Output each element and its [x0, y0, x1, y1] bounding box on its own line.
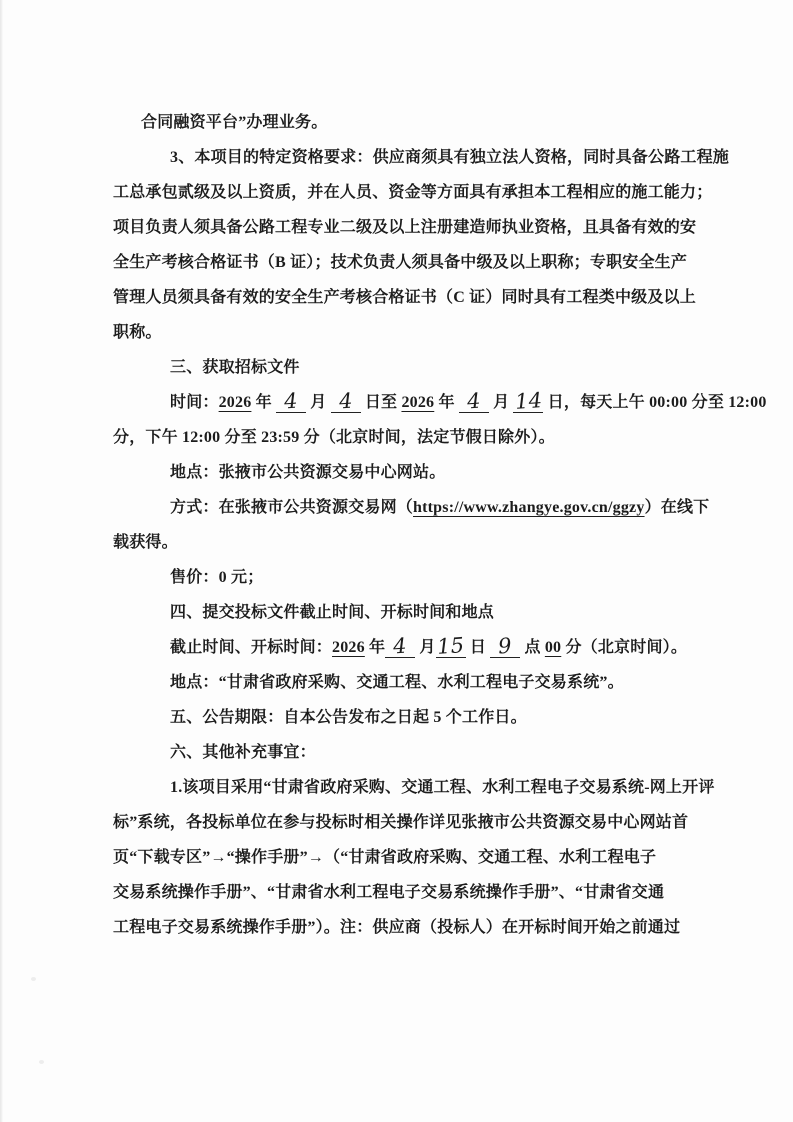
document-line: 标”系统，各投标单位在参与投标时相关操作详见张掖市公共资源交易中心网站首: [113, 805, 687, 840]
handwritten-entry: 4: [385, 637, 415, 658]
body-text: 月: [489, 394, 514, 411]
document-line: 职称。: [113, 315, 687, 350]
underlined-text: https://www.zhangye.gov.cn/ggzy: [413, 499, 645, 516]
body-text: 三、获取招标文件: [170, 359, 300, 376]
document-line: 截止时间、开标时间：2026 年4 月15 日 9 点 00 分（北京时间）。: [113, 630, 687, 665]
body-text: 地点：“甘肃省政府采购、交通工程、水利工程电子交易系统”。: [170, 674, 624, 691]
document-line: 分，下午 12:00 分至 23:59 分（北京时间，法定节假日除外）。: [113, 420, 687, 455]
body-text: 四、提交投标文件截止时间、开标时间和地点: [170, 604, 494, 621]
body-text: 管理人员须具备有效的安全生产考核合格证书（C 证）同时具有工程类中级及以上: [113, 289, 696, 306]
body-text: 交易系统操作手册”、“甘肃省水利工程电子交易系统操作手册”、“甘肃省交通: [113, 884, 664, 901]
document-line: 页“下载专区”→“操作手册”→（“甘肃省政府采购、交通工程、水利工程电子: [113, 840, 687, 875]
body-text: 1.该项目采用“甘肃省政府采购、交通工程、水利工程电子交易系统-网上开评: [170, 779, 715, 796]
body-text: 工程电子交易系统操作手册”）。注：供应商（投标人）在开标时间开始之前通过: [113, 919, 680, 936]
body-text: 全生产考核合格证书（B 证）；技术负责人须具备中级及以上职称；专职安全生产: [113, 254, 687, 271]
document-line: 六、其他补充事宜：: [113, 735, 687, 770]
body-text: 项目负责人须具备公路工程专业二级及以上注册建造师执业资格，且具备有效的安: [113, 219, 696, 236]
body-text: 月: [306, 394, 331, 411]
handwritten-entry: 4: [459, 392, 489, 413]
document-line: 3、本项目的特定资格要求：供应商须具有独立法人资格，同时具备公路工程施: [113, 140, 687, 175]
underlined-text: 00: [545, 639, 561, 656]
body-text: 年: [365, 639, 385, 656]
document-line: 工总承包贰级及以上资质，并在人员、资金等方面具有承担本工程相应的施工能力；: [113, 175, 687, 210]
body-text: 五、公告期限：自本公告发布之日起 5 个工作日。: [170, 709, 527, 726]
body-text: 分，下午 12:00 分至 23:59 分（北京时间，法定节假日除外）。: [113, 429, 555, 446]
document-line: 地点：张掖市公共资源交易中心网站。: [113, 455, 687, 490]
document-page: 合同融资平台”办理业务。3、本项目的特定资格要求：供应商须具有独立法人资格，同时…: [0, 0, 793, 1122]
body-text: 标”系统，各投标单位在参与投标时相关操作详见张掖市公共资源交易中心网站首: [113, 814, 688, 831]
document-line: 四、提交投标文件截止时间、开标时间和地点: [113, 595, 687, 630]
handwritten-entry: 4: [276, 392, 306, 413]
body-text: 职称。: [113, 324, 162, 341]
body-text: ）在线下: [645, 499, 710, 516]
document-line: 1.该项目采用“甘肃省政府采购、交通工程、水利工程电子交易系统-网上开评: [113, 770, 687, 805]
scan-speckle: [39, 1060, 44, 1064]
body-text: 3、本项目的特定资格要求：供应商须具有独立法人资格，同时具备公路工程施: [170, 149, 729, 166]
document-line: 时间：2026 年 4 月 4 日至 2026 年 4 月 14 日，每天上午 …: [113, 385, 687, 420]
document-line: 交易系统操作手册”、“甘肃省水利工程电子交易系统操作手册”、“甘肃省交通: [113, 875, 687, 910]
underlined-text: 2026: [401, 394, 434, 411]
body-text: 方式：在张掖市公共资源交易网（: [170, 499, 413, 516]
body-text: 日至: [361, 394, 402, 411]
document-line: 管理人员须具备有效的安全生产考核合格证书（C 证）同时具有工程类中级及以上: [113, 280, 687, 315]
body-text: 点: [520, 639, 545, 656]
body-text: 日: [466, 639, 491, 656]
document-line: 工程电子交易系统操作手册”）。注：供应商（投标人）在开标时间开始之前通过: [113, 910, 687, 945]
body-text: 工总承包贰级及以上资质，并在人员、资金等方面具有承担本工程相应的施工能力；: [113, 184, 712, 201]
document-line: 方式：在张掖市公共资源交易网（https://www.zhangye.gov.c…: [113, 490, 687, 525]
body-text: 截止时间、开标时间：: [170, 639, 332, 656]
body-text: 载获得。: [113, 534, 178, 551]
body-text: 年: [251, 394, 276, 411]
handwritten-entry: 4: [331, 392, 361, 413]
underlined-text: 2026: [219, 394, 252, 411]
body-text: 日，每天上午 00:00 分至 12:00: [543, 394, 766, 411]
body-text: 六、其他补充事宜：: [170, 744, 316, 761]
body-text: 合同融资平台”办理业务。: [141, 114, 327, 131]
underlined-text: 2026: [332, 639, 365, 656]
scan-edge-shadow: [0, 0, 3, 1122]
body-text: 月: [415, 639, 435, 656]
handwritten-entry: 15: [436, 637, 466, 658]
document-line: 五、公告期限：自本公告发布之日起 5 个工作日。: [113, 700, 687, 735]
body-text: 售价：0 元；: [170, 569, 263, 586]
handwritten-entry: 9: [490, 637, 520, 658]
body-text: 地点：张掖市公共资源交易中心网站。: [170, 464, 445, 481]
document-line: 地点：“甘肃省政府采购、交通工程、水利工程电子交易系统”。: [113, 665, 687, 700]
document-line: 载获得。: [113, 525, 687, 560]
scan-speckle: [31, 977, 36, 981]
body-text: 页“下载专区”→“操作手册”→（“甘肃省政府采购、交通工程、水利工程电子: [113, 849, 656, 866]
document-line: 合同融资平台”办理业务。: [113, 105, 687, 140]
document-line: 项目负责人须具备公路工程专业二级及以上注册建造师执业资格，且具备有效的安: [113, 210, 687, 245]
document-line: 全生产考核合格证书（B 证）；技术负责人须具备中级及以上职称；专职安全生产: [113, 245, 687, 280]
body-text: 分（北京时间）。: [561, 639, 687, 656]
document-text-block: 合同融资平台”办理业务。3、本项目的特定资格要求：供应商须具有独立法人资格，同时…: [113, 105, 687, 945]
body-text: 年: [434, 394, 459, 411]
document-line: 三、获取招标文件: [113, 350, 687, 385]
handwritten-entry: 14: [513, 392, 543, 413]
document-line: 售价：0 元；: [113, 560, 687, 595]
body-text: 时间：: [170, 394, 219, 411]
